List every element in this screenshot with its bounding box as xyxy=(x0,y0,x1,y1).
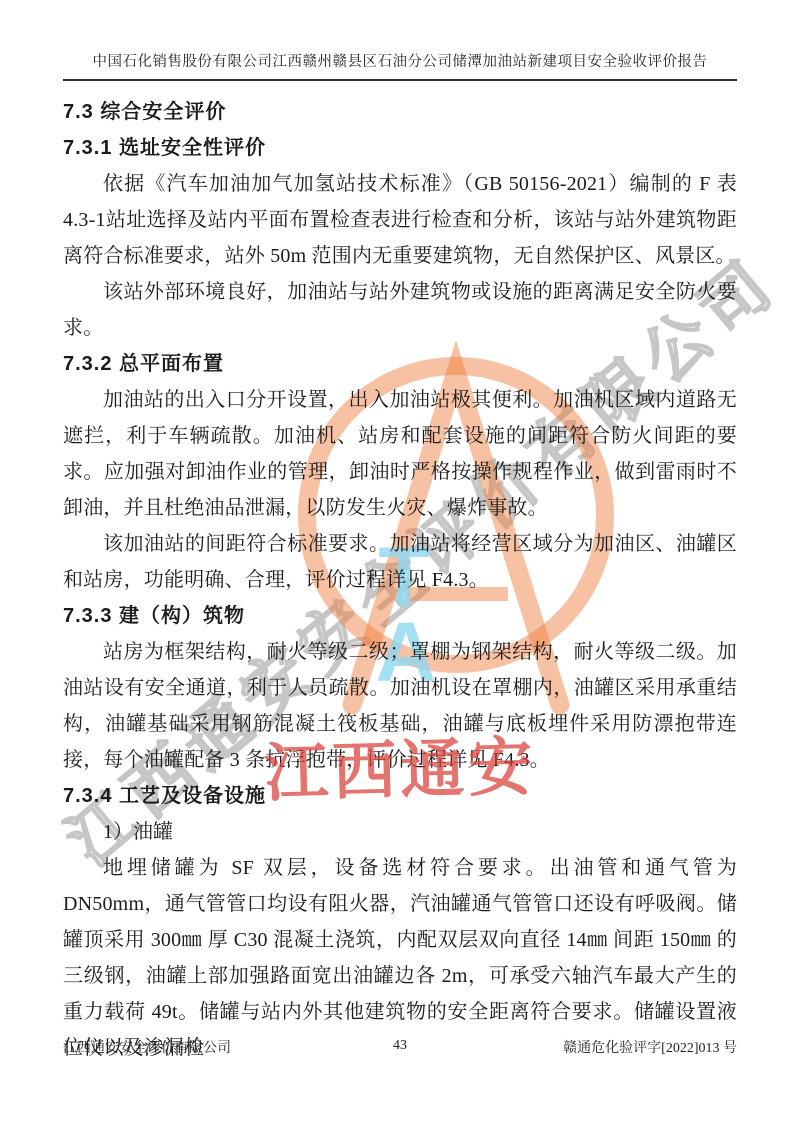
section-heading-7-3-1: 7.3.1 选址安全性评价 xyxy=(63,130,737,166)
page-footer: 江西通安安全评价有限公司 43 赣通危化验评字[2022]013 号 xyxy=(63,1037,737,1057)
document-body: 7.3 综合安全评价 7.3.1 选址安全性评价 依据《汽车加油加气加氢站技术标… xyxy=(63,94,737,1066)
section-heading-7-3-3: 7.3.3 建（构）筑物 xyxy=(63,598,737,634)
document-page: 江西通安安全评价有限公司 T A 中国石化销售股份有限公司江西赣州赣县区石油分公… xyxy=(0,0,800,1131)
paragraph: 依据《汽车加油加气加氢站技术标准》（GB 50156-2021）编制的 F 表 … xyxy=(63,166,737,274)
section-heading-7-3-2: 7.3.2 总平面布置 xyxy=(63,346,737,382)
paragraph: 站房为框架结构，耐火等级二级；罩棚为钢架结构，耐火等级二级。加油站设有安全通道，… xyxy=(63,634,737,778)
list-item-oil-tank: 1）油罐 xyxy=(63,814,737,850)
paragraph: 加油站的出入口分开设置，出入加油站极其便利。加油机区域内道路无遮拦，利于车辆疏散… xyxy=(63,382,737,526)
paragraph: 该加油站的间距符合标准要求。加油站将经营区域分为加油区、油罐区和站房，功能明确、… xyxy=(63,526,737,598)
footer-company-name: 江西通安安全评价有限公司 xyxy=(63,1037,231,1057)
paragraph: 地埋储罐为 SF 双层，设备选材符合要求。出油管和通气管为 DN50mm，通气管… xyxy=(63,850,737,1066)
section-heading-7-3: 7.3 综合安全评价 xyxy=(63,94,737,130)
page-header-title: 中国石化销售股份有限公司江西赣州赣县区石油分公司储潭加油站新建项目安全验收评价报… xyxy=(63,50,737,81)
page-number: 43 xyxy=(393,1038,407,1054)
paragraph: 该站外部环境良好，加油站与站外建筑物或设施的距离满足安全防火要求。 xyxy=(63,274,737,346)
footer-doc-number: 赣通危化验评字[2022]013 号 xyxy=(563,1037,737,1057)
section-heading-7-3-4: 7.3.4 工艺及设备设施 xyxy=(63,778,737,814)
